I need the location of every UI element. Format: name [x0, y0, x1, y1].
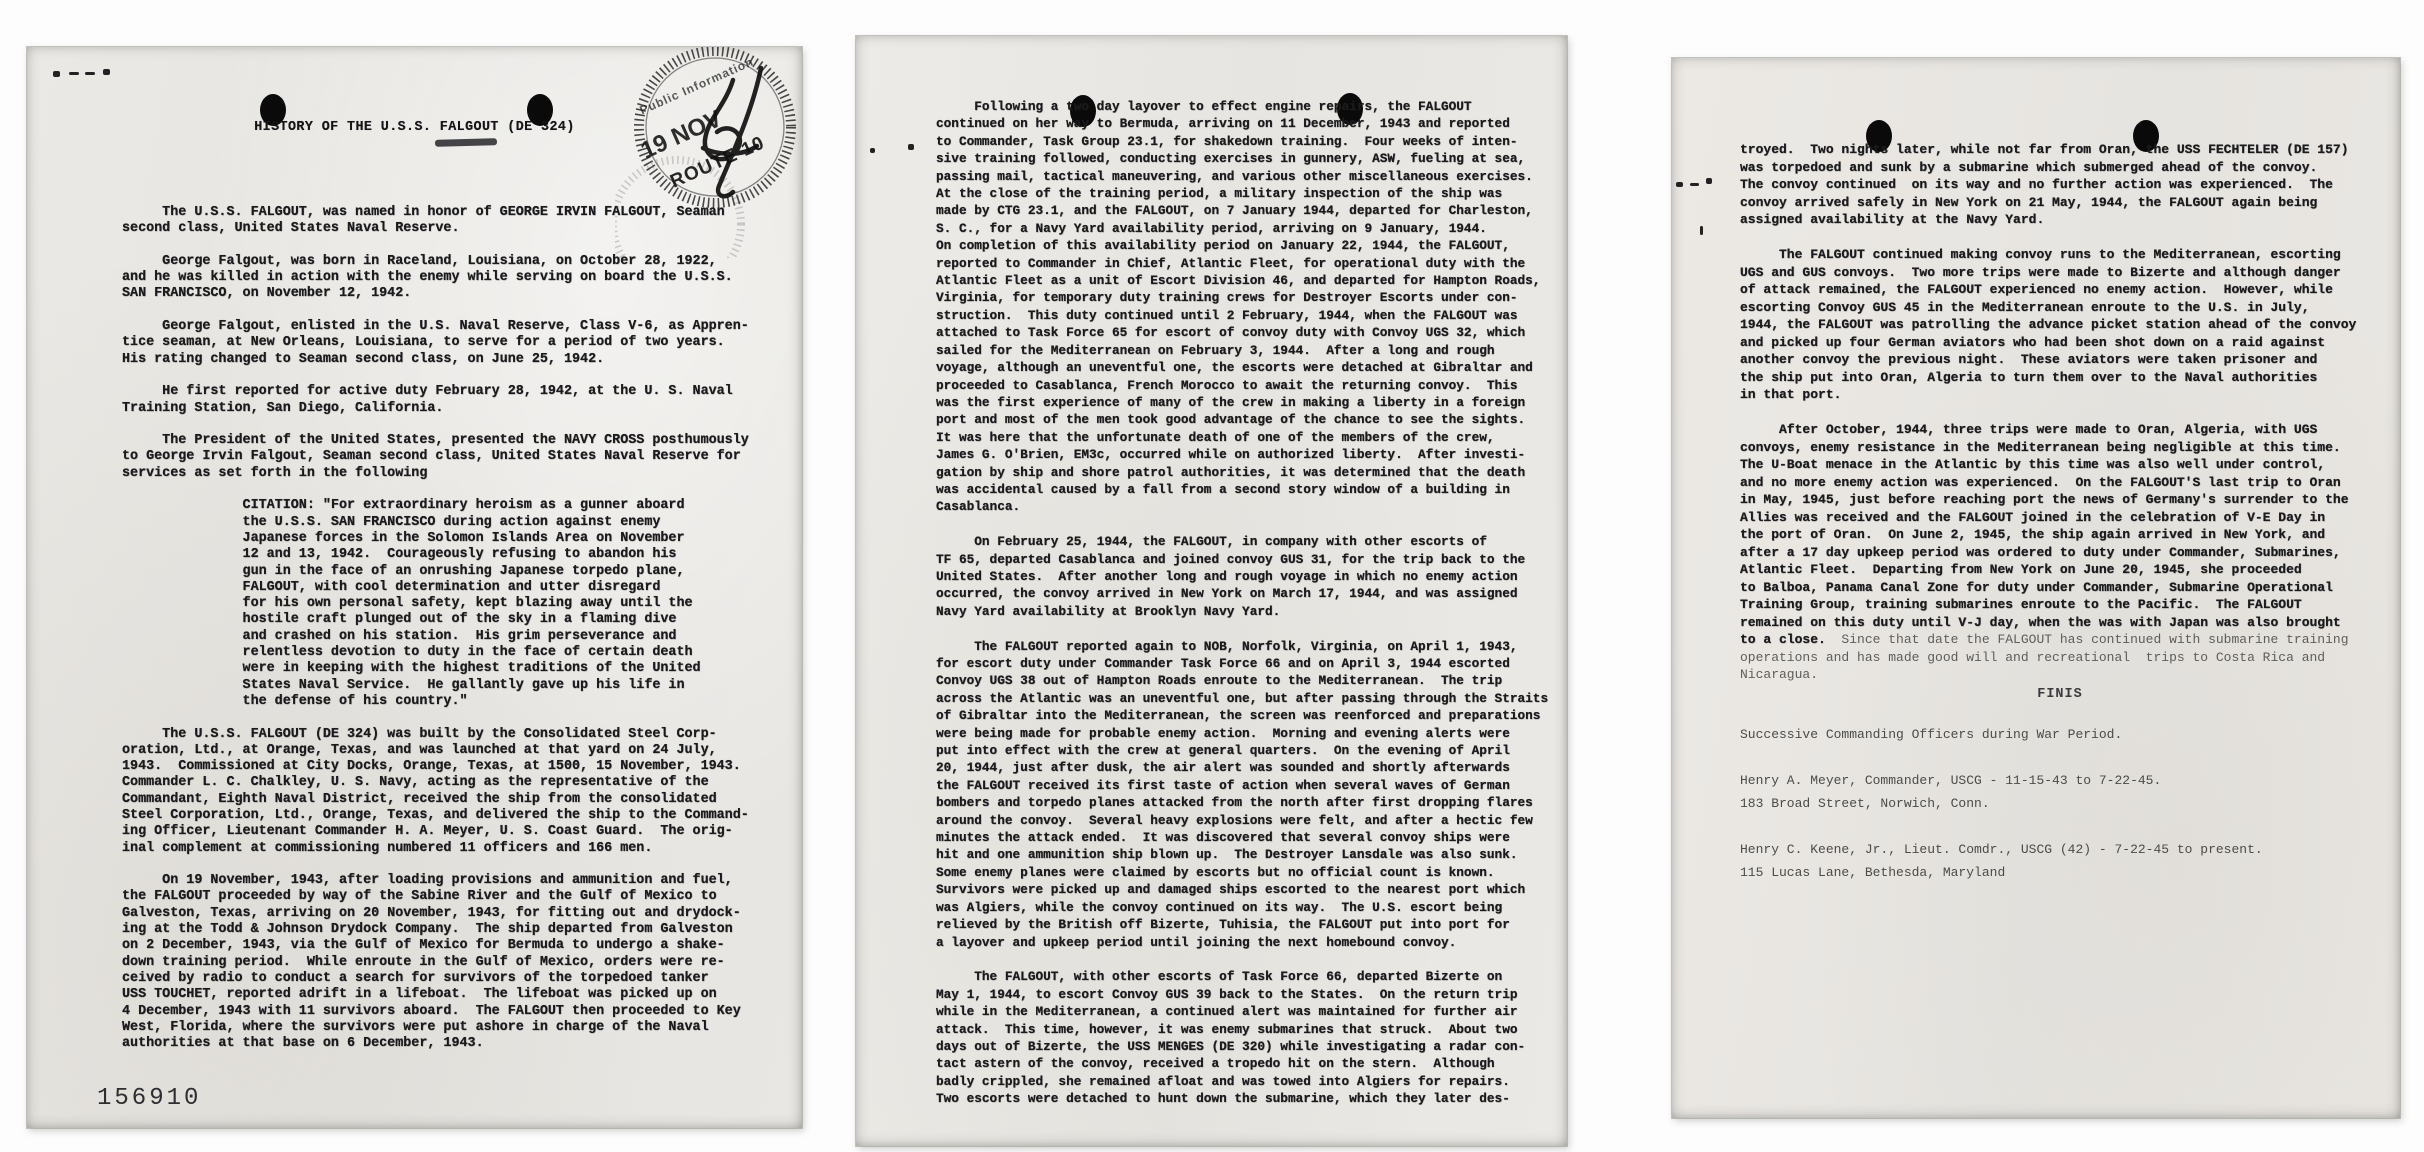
- commanding-officers-list: Successive Commanding Officers during Wa…: [1740, 723, 2380, 884]
- scanned-document-set: { "page1": { "title": "HISTORY OF THE U.…: [0, 0, 2424, 1152]
- stamp-top-label: Public Information: [638, 54, 756, 117]
- page-2-body-text: Following a two day layover to effect en…: [936, 98, 1548, 1108]
- page-3-main-text: troyed. Two nights later, while not far …: [1740, 142, 2356, 647]
- stamp-route: ROUTE 10: [667, 132, 768, 192]
- page-3: troyed. Two nights later, while not far …: [1672, 58, 2400, 1118]
- page-title: HISTORY OF THE U.S.S. FALGOUT (DE 324): [27, 120, 802, 135]
- page-3-body: troyed. Two nights later, while not far …: [1740, 141, 2380, 884]
- serial-number: 156910: [97, 1085, 201, 1112]
- pencil-marks: [870, 144, 930, 156]
- page-1: HISTORY OF THE U.S.S. FALGOUT (DE 324) P…: [27, 47, 802, 1128]
- page-3-body-text: troyed. Two nights later, while not far …: [1740, 141, 2380, 684]
- page-1-body-text: The U.S.S. FALGOUT, was named in honor o…: [122, 205, 749, 1052]
- page-2: Following a two day layover to effect en…: [856, 36, 1567, 1146]
- title-underline-smudge: [435, 138, 497, 147]
- finis-label: FINIS: [1740, 687, 2380, 702]
- pencil-marks: [53, 67, 143, 79]
